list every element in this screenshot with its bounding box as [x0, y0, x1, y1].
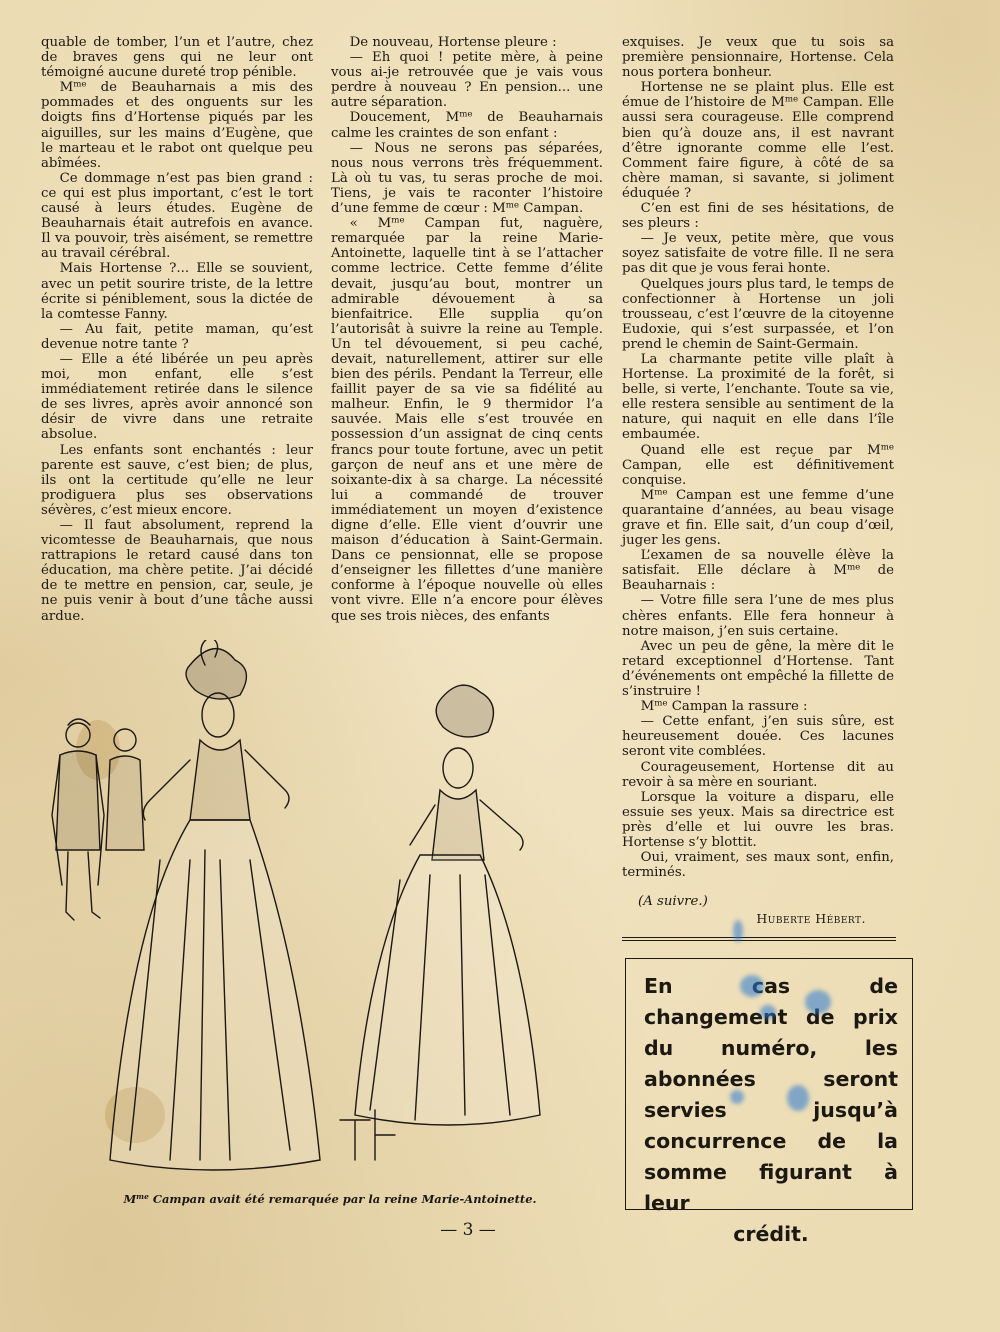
paragraph: Doucement, Mme de Beauharnais calme les … — [331, 110, 603, 140]
ink-stain — [805, 990, 831, 1014]
ink-stain — [787, 1085, 809, 1111]
paragraph: La charmante petite ville plaît à Horten… — [622, 352, 894, 443]
paragraph: Courageusement, Hortense dit au revoir à… — [622, 760, 894, 790]
paragraph: — Elle a été libérée un peu après moi, m… — [41, 352, 313, 443]
illustration-caption: Mme Campan avait été remarquée par la re… — [105, 1192, 555, 1206]
text-column-3: exquises. Je veux que tu sois sa premièr… — [622, 35, 894, 926]
column-3-body: exquises. Je veux que tu sois sa premièr… — [622, 35, 894, 880]
paragraph: « Mme Campan fut, naguère, remarquée par… — [331, 216, 603, 624]
text-column-1: quable de tomber, l’un et l’autre, chez … — [41, 35, 313, 624]
notice-last-word: crédit. — [644, 1219, 898, 1250]
paragraph: — Nous ne serons pas séparées, nous nous… — [331, 141, 603, 216]
subscription-notice-box: En cas de changement de prix du numéro, … — [625, 958, 913, 1210]
paragraph: Quand elle est reçue par Mme Campan, ell… — [622, 443, 894, 488]
paragraph: — Votre fille sera l’une de mes plus chè… — [622, 593, 894, 638]
paragraph: Mme Campan la rassure : — [622, 699, 894, 714]
paragraph: — Eh quoi ! petite mère, à peine vous ai… — [331, 50, 603, 110]
author-signature: Huberte Hébert. — [622, 911, 866, 926]
text-column-2: De nouveau, Hortense pleure :— Eh quoi !… — [331, 35, 603, 624]
page-number: — 3 — — [428, 1220, 508, 1240]
paragraph: Hortense ne se plaint plus. Elle est ému… — [622, 80, 894, 201]
paragraph: — Cette enfant, j’en suis sûre, est heur… — [622, 714, 894, 759]
paragraph: — Il faut absolument, reprend la vicomte… — [41, 518, 313, 624]
ink-stain — [730, 1090, 744, 1104]
paragraph: Ce dommage n’est pas bien grand : ce qui… — [41, 171, 313, 262]
paragraph: Mme Campan est une femme d’une quarantai… — [622, 488, 894, 548]
paragraph: Quelques jours plus tard, le temps de co… — [622, 277, 894, 352]
paragraph: Mme de Beauharnais a mis des pommades et… — [41, 80, 313, 171]
paragraph: Oui, vraiment, ses maux sont, enfin, ter… — [622, 850, 894, 880]
ink-stain — [733, 920, 743, 942]
paragraph: C’en est fini de ses hésitations, de ses… — [622, 201, 894, 231]
ink-stain — [740, 975, 764, 997]
paragraph: — Au fait, petite maman, qu’est devenue … — [41, 322, 313, 352]
paragraph: quable de tomber, l’un et l’autre, chez … — [41, 35, 313, 80]
paragraph: Lorsque la voiture a disparu, elle essui… — [622, 790, 894, 850]
paragraph: Mais Hortense ?... Elle se souvient, ave… — [41, 261, 313, 321]
paragraph: L’examen de sa nouvelle élève la satisfa… — [622, 548, 894, 593]
paragraph: Avec un peu de gêne, la mère dit le reta… — [622, 639, 894, 699]
ink-stain — [760, 1005, 776, 1019]
paragraph: — Je veux, petite mère, que vous soyez s… — [622, 231, 894, 276]
paragraph: De nouveau, Hortense pleure : — [331, 35, 603, 50]
engraving-illustration — [40, 640, 610, 1185]
paragraph: exquises. Je veux que tu sois sa premièr… — [622, 35, 894, 80]
double-rule-divider — [622, 937, 896, 943]
to-be-continued: (A suivre.) — [638, 894, 894, 909]
paragraph: Les enfants sont enchantés : leur parent… — [41, 443, 313, 518]
